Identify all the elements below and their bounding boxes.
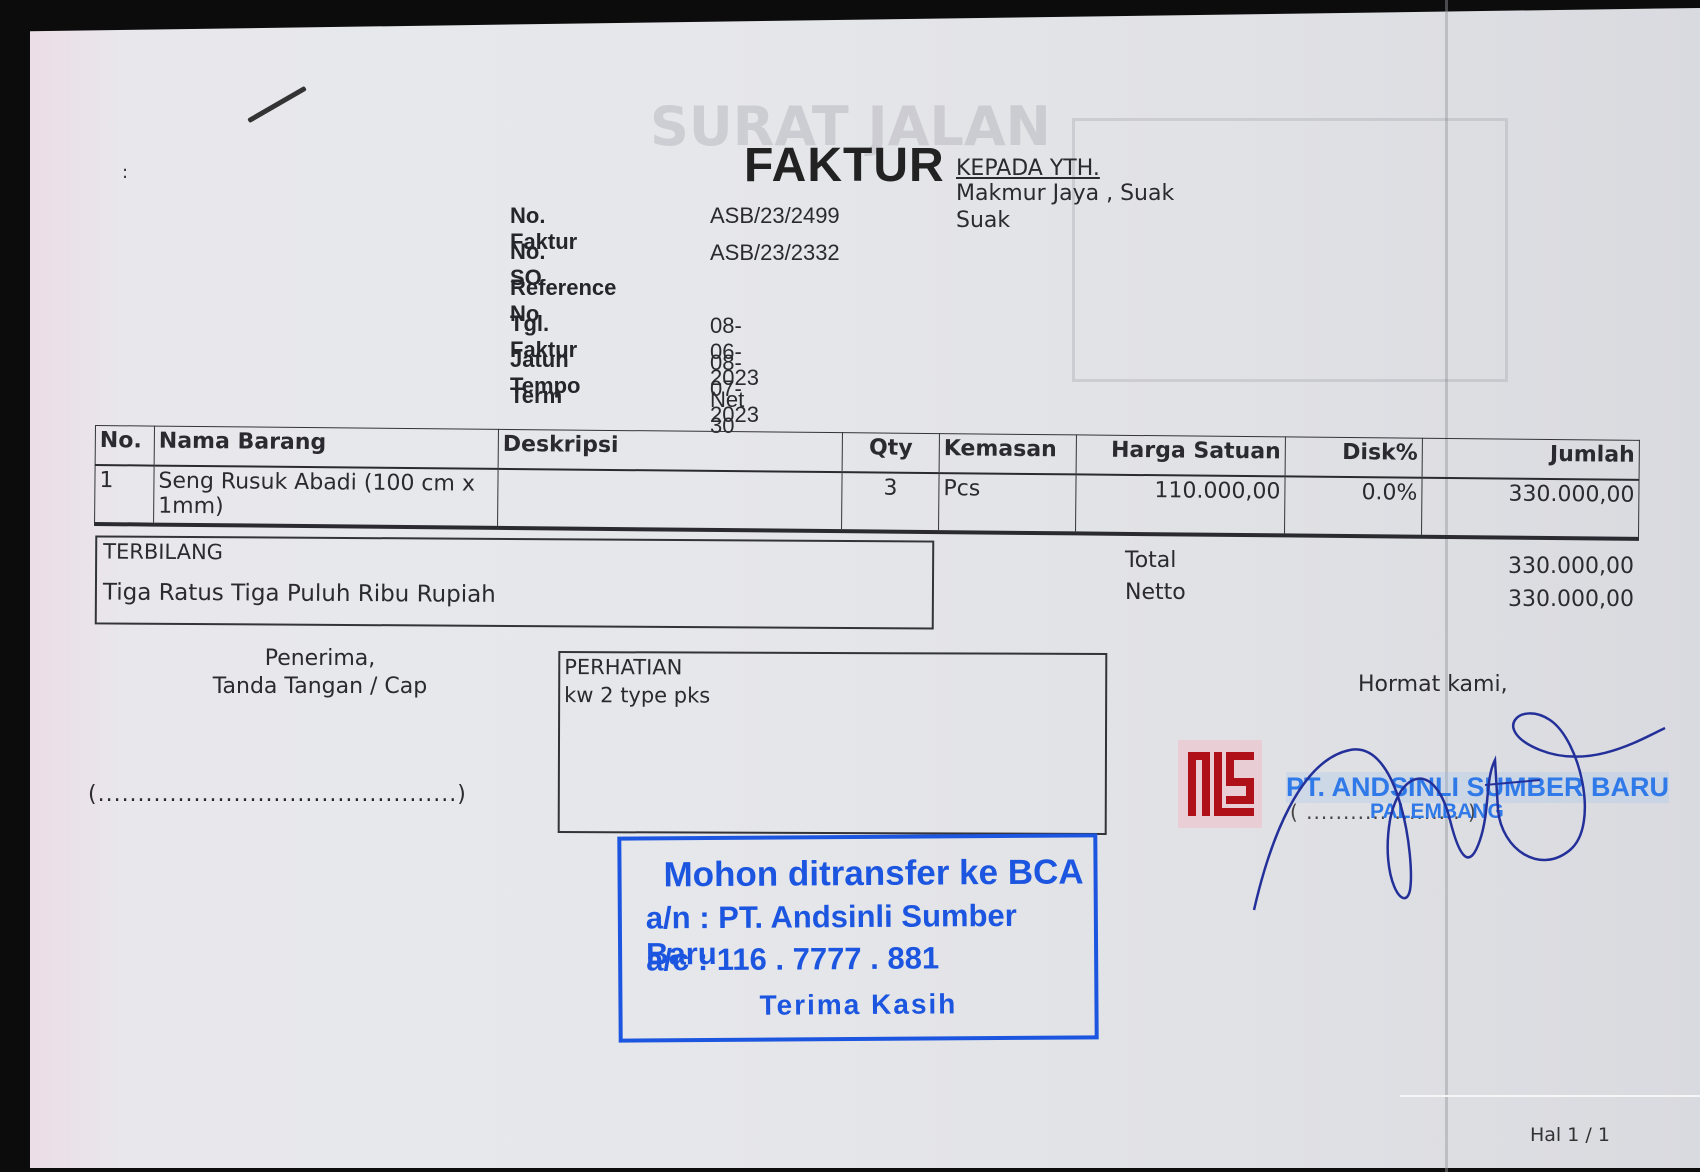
total-value: 330.000,00 — [1508, 554, 1634, 579]
printer-mark: : — [122, 162, 128, 183]
cell-harga-satuan: 110.000,00 — [1076, 474, 1286, 535]
document-title: FAKTUR — [744, 138, 945, 193]
recipient-address: Makmur Jaya , Suak Suak — [956, 180, 1174, 234]
handwritten-signature-icon — [1240, 700, 1670, 930]
bank-stamp-account-number: a/c : 116 . 7777 . 881 — [646, 940, 939, 978]
cell-deskripsi — [498, 469, 843, 531]
bank-stamp-thanks: Terima Kasih — [622, 987, 1094, 1022]
col-disk: Disk% — [1285, 437, 1422, 478]
cell-nama-barang: Seng Rusuk Abadi (100 cm x 1mm) — [154, 466, 499, 528]
terbilang-text: Tiga Ratus Tiga Puluh Ribu Rupiah — [103, 579, 496, 607]
paper-fold-horizontal — [1400, 1095, 1700, 1097]
col-kemasan: Kemasan — [939, 434, 1076, 475]
bank-stamp-line1: Mohon ditransfer ke BCA — [663, 852, 1083, 895]
total-label: Total — [1125, 548, 1176, 573]
recipient-label: KEPADA YTH. — [956, 156, 1100, 181]
col-qty: Qty — [842, 433, 939, 473]
meta-value: ASB/23/2499 — [710, 203, 840, 229]
netto-label: Netto — [1125, 580, 1186, 605]
col-harga-satuan: Harga Satuan — [1076, 435, 1285, 477]
cell-jumlah: 330.000,00 — [1421, 478, 1639, 539]
receiver-title: Penerima, — [160, 645, 480, 673]
col-jumlah: Jumlah — [1422, 438, 1639, 480]
sender-closing: Hormat kami, — [1358, 672, 1508, 697]
terbilang-box: TERBILANG Tiga Ratus Tiga Puluh Ribu Rup… — [95, 535, 935, 629]
items-table: No. Nama Barang Deskripsi Qty Kemasan Ha… — [94, 425, 1640, 541]
receiver-signature-line: (.......................................… — [88, 782, 467, 807]
meta-value: ASB/23/2332 — [710, 240, 840, 266]
ghost-box — [1072, 118, 1508, 382]
receiver-caption: Tanda Tangan / Cap — [160, 673, 480, 701]
perhatian-label: PERHATIAN — [564, 655, 682, 679]
col-deskripsi: Deskripsi — [498, 429, 842, 472]
page-indicator: Hal 1 / 1 — [1530, 1124, 1610, 1146]
perhatian-text: kw 2 type pks — [564, 683, 710, 708]
bank-transfer-stamp: Mohon ditransfer ke BCA a/n : PT. Andsin… — [617, 833, 1098, 1042]
recipient-line1: Makmur Jaya , Suak — [956, 180, 1174, 207]
perhatian-box: PERHATIAN kw 2 type pks — [558, 651, 1108, 835]
recipient-line2: Suak — [956, 207, 1174, 234]
col-no: No. — [95, 426, 154, 466]
terbilang-label: TERBILANG — [103, 539, 223, 564]
meta-label: Term — [510, 383, 562, 409]
cell-disk: 0.0% — [1284, 476, 1422, 536]
col-nama-barang: Nama Barang — [154, 426, 498, 469]
receiver-block: Penerima, Tanda Tangan / Cap — [160, 645, 480, 701]
netto-value: 330.000,00 — [1508, 587, 1634, 612]
cell-qty: 3 — [842, 472, 940, 532]
cell-kemasan: Pcs — [939, 473, 1077, 533]
cell-no: 1 — [95, 465, 155, 525]
